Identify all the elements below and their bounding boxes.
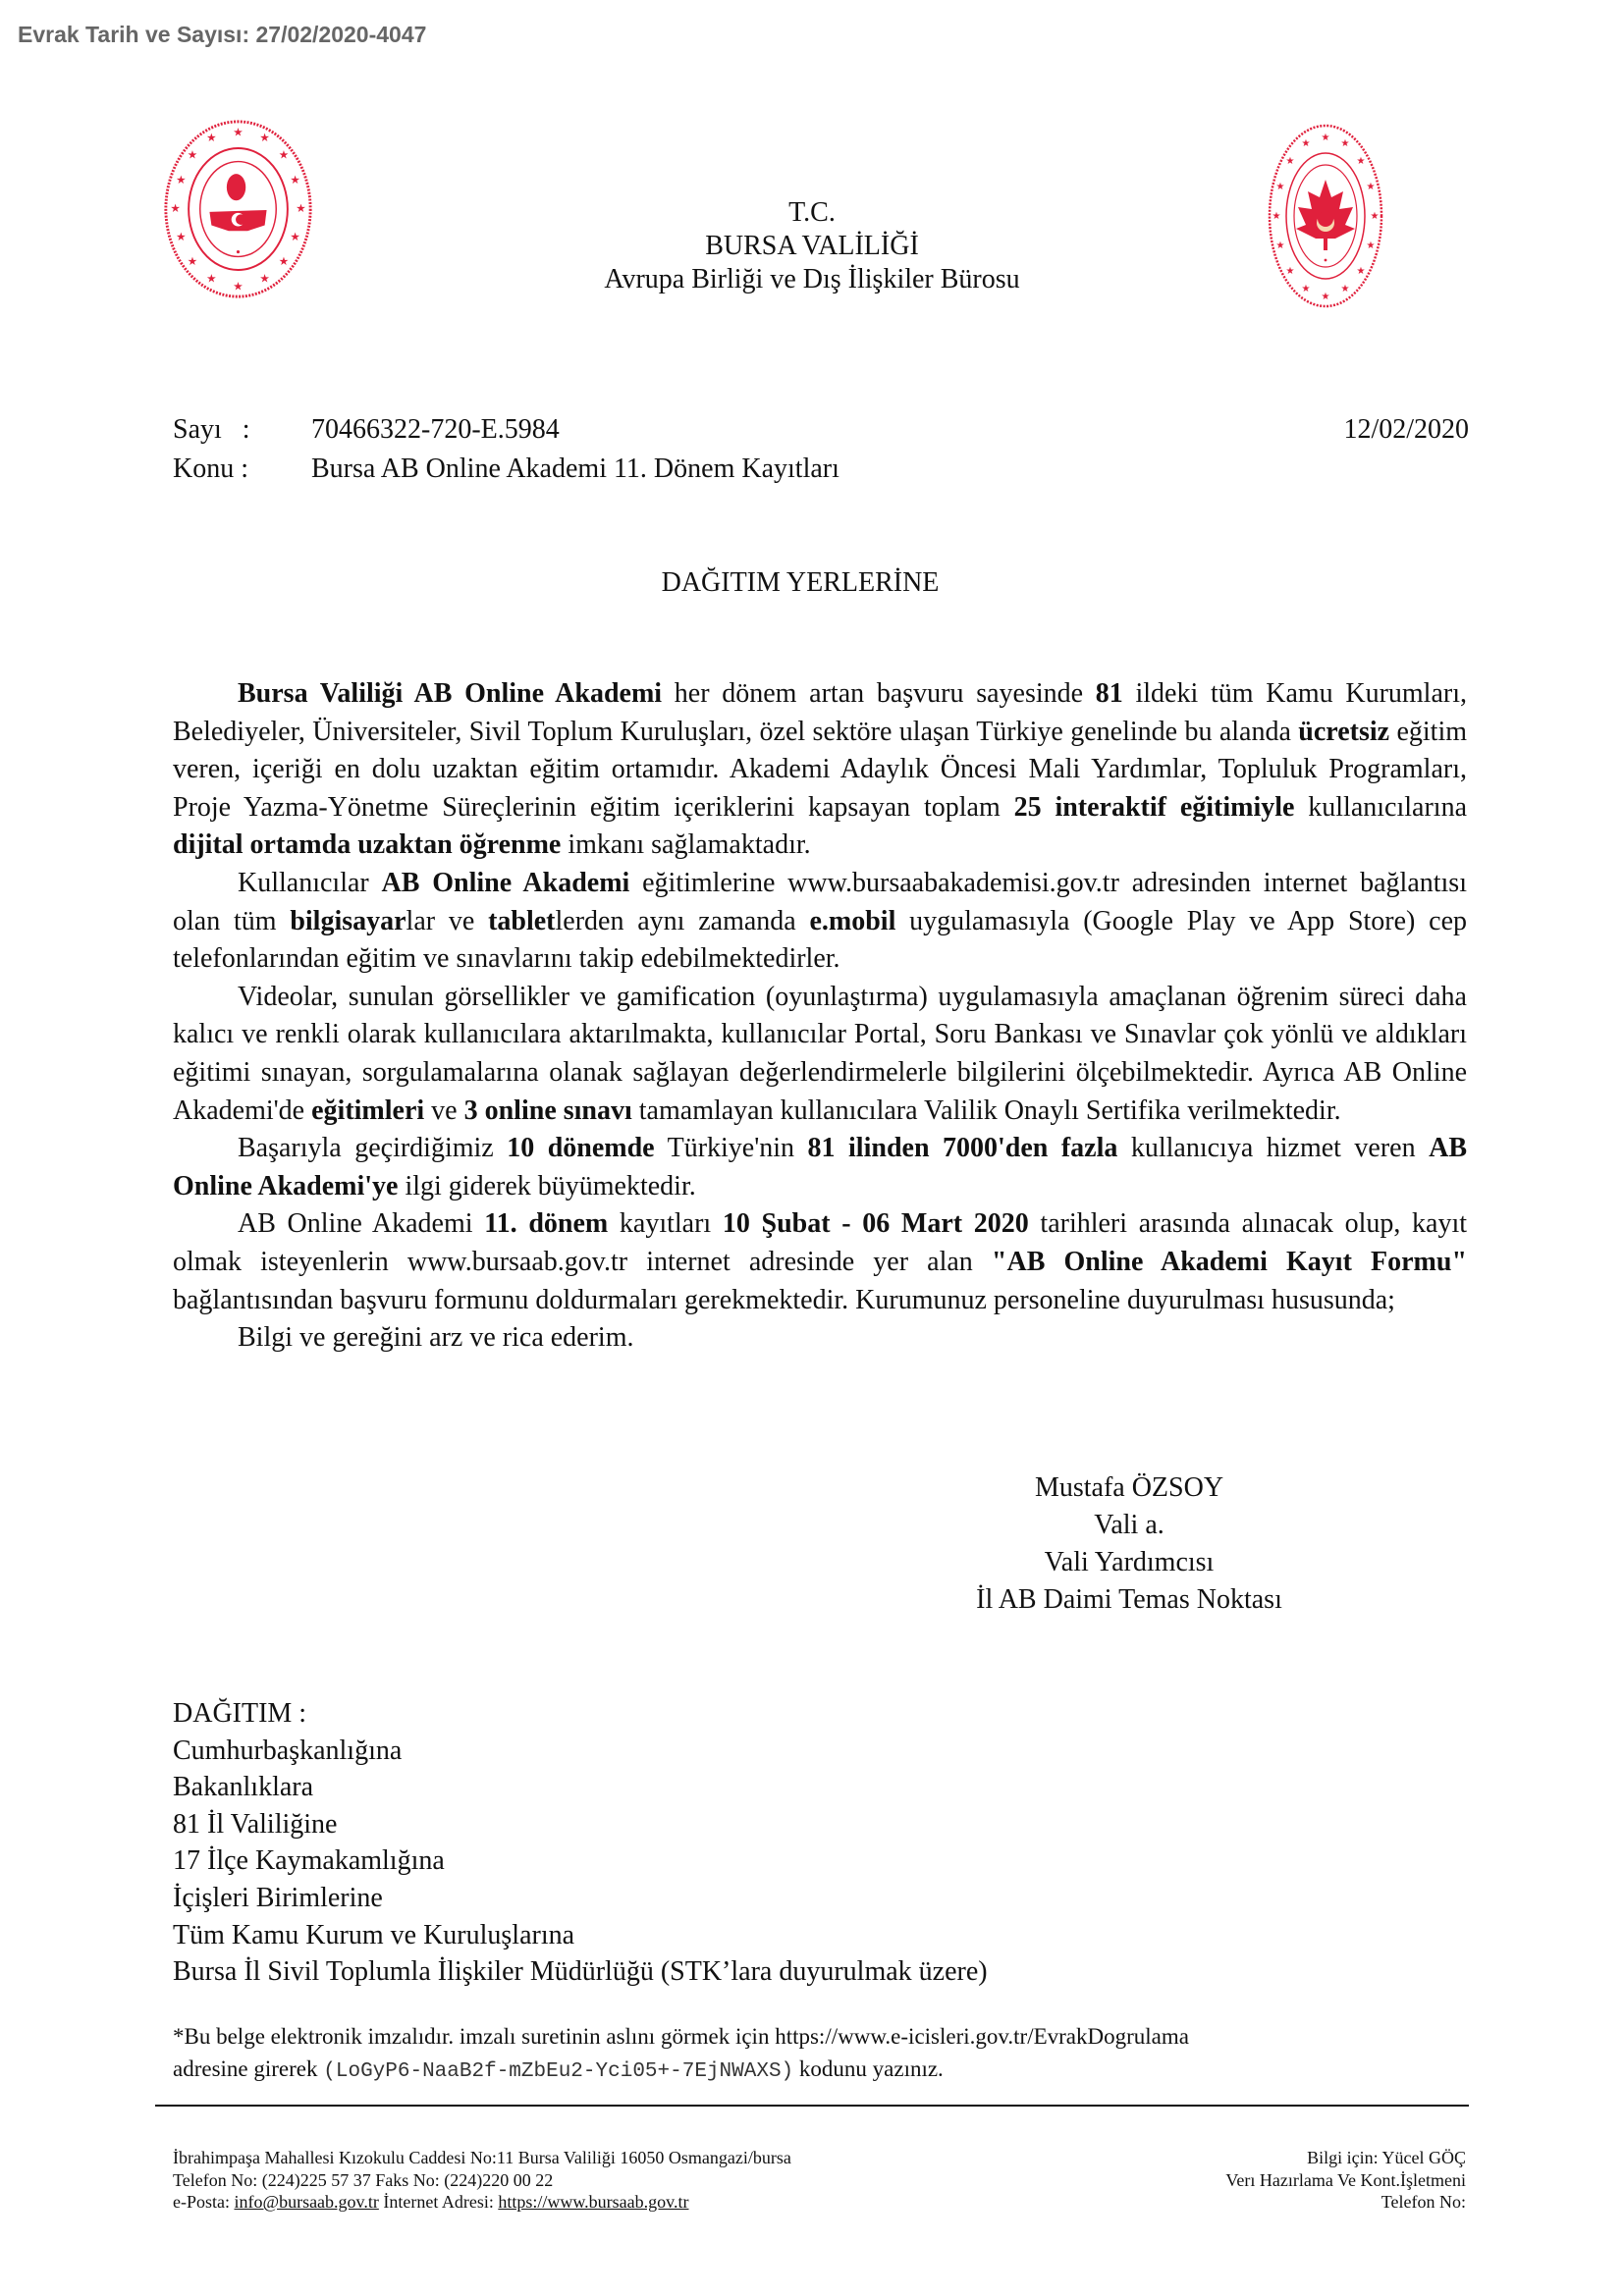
distribution-item: İçişleri Birimlerine xyxy=(173,1880,988,1917)
svg-text:★: ★ xyxy=(1286,156,1295,167)
svg-text:★: ★ xyxy=(1357,156,1366,167)
distribution-item: Cumhurbaşkanlığına xyxy=(173,1733,988,1770)
distribution-item: Bakanlıklara xyxy=(173,1769,988,1806)
konu-value: Bursa AB Online Akademi 11. Dönem Kayıtl… xyxy=(311,450,1469,489)
note-suffix: kodunu yazınız. xyxy=(793,2056,944,2081)
header-tc: T.C. xyxy=(0,196,1624,230)
footer-contact: İbrahimpaşa Mahallesi Kızokulu Caddesi N… xyxy=(173,2147,791,2214)
footer-info: Bilgi için: Yücel GÖÇ Verı Hazırlama Ve … xyxy=(1225,2147,1466,2214)
signatory-role: İl AB Daimi Temas Noktası xyxy=(884,1581,1375,1619)
note-line-1: *Bu belge elektronik imzalıdır. imzalı s… xyxy=(173,2020,1479,2053)
sayi-label: Sayı : xyxy=(173,410,311,450)
info-title: Verı Hazırlama Ve Kont.İşletmeni xyxy=(1225,2169,1466,2192)
verification-code: (LoGyP6-NaaB2f-mZbEu2-Yci05+-7EjNWAXS) xyxy=(323,2060,793,2083)
footer-address: İbrahimpaşa Mahallesi Kızokulu Caddesi N… xyxy=(173,2147,791,2169)
document-stamp: Evrak Tarih ve Sayısı: 27/02/2020-4047 xyxy=(18,22,426,48)
svg-text:★: ★ xyxy=(279,148,289,162)
signature-block: Mustafa ÖZSOY Vali a. Vali Yardımcısı İl… xyxy=(884,1469,1375,1619)
header-institution: BURSA VALİLİĞİ xyxy=(0,230,1624,263)
svg-text:★: ★ xyxy=(176,173,186,187)
svg-text:★: ★ xyxy=(188,148,197,162)
paragraph-2: Kullanıcılar AB Online Akademi eğitimler… xyxy=(173,865,1467,979)
svg-text:★: ★ xyxy=(206,131,216,144)
email-link[interactable]: info@bursaab.gov.tr xyxy=(235,2192,379,2212)
note-prefix: adresine girerek xyxy=(173,2056,323,2081)
svg-text:★: ★ xyxy=(1302,138,1311,149)
note-line-2: adresine girerek (LoGyP6-NaaB2f-mZbEu2-Y… xyxy=(173,2053,1479,2088)
letterhead: T.C. BURSA VALİLİĞİ Avrupa Birliği ve Dı… xyxy=(0,196,1624,296)
document-meta: Sayı : 70466322-720-E.5984 12/02/2020 Ko… xyxy=(173,410,1469,489)
svg-text:★: ★ xyxy=(1341,138,1350,149)
distribution-item: 81 İl Valiliğine xyxy=(173,1806,988,1843)
signatory-on-behalf: Vali a. xyxy=(884,1507,1375,1544)
signatory-title: Vali Yardımcısı xyxy=(884,1544,1375,1581)
paragraph-3: Videolar, sunulan görsellikler ve gamifi… xyxy=(173,979,1467,1130)
distribution-title: DAĞITIM : xyxy=(173,1695,988,1733)
email-label: e-Posta: xyxy=(173,2192,235,2212)
svg-text:★: ★ xyxy=(233,125,243,138)
distribution-list: DAĞITIM : Cumhurbaşkanlığına Bakanlıklar… xyxy=(173,1695,988,1991)
footer-phone: Telefon No: (224)225 57 37 Faks No: (224… xyxy=(173,2169,791,2192)
paragraph-1: Bursa Valiliği AB Online Akademi her dön… xyxy=(173,675,1467,865)
sayi-value: 70466322-720-E.5984 xyxy=(311,410,1469,450)
info-phone: Telefon No: xyxy=(1225,2191,1466,2214)
signatory-name: Mustafa ÖZSOY xyxy=(884,1469,1375,1507)
paragraph-6: Bilgi ve gereğini arz ve rica ederim. xyxy=(173,1319,1467,1358)
header-department: Avrupa Birliği ve Dış İlişkiler Bürosu xyxy=(0,263,1624,296)
addressee: DAĞITIM YERLERİNE xyxy=(0,567,1624,599)
paragraph-5: AB Online Akademi 11. dönem kayıtları 10… xyxy=(173,1205,1467,1319)
footer-divider xyxy=(155,2105,1469,2107)
distribution-item: 17 İlçe Kaymakamlığına xyxy=(173,1842,988,1880)
website-link[interactable]: https://www.bursaab.gov.tr xyxy=(498,2192,688,2212)
letter-body: Bursa Valiliği AB Online Akademi her dön… xyxy=(173,675,1467,1358)
svg-text:★: ★ xyxy=(1322,133,1330,143)
distribution-item: Bursa İl Sivil Toplumla İlişkiler Müdürl… xyxy=(173,1953,988,1991)
distribution-item: Tüm Kamu Kurum ve Kuruluşlarına xyxy=(173,1917,988,1954)
footer-links: e-Posta: info@bursaab.gov.tr İnternet Ad… xyxy=(173,2191,791,2214)
document-date: 12/02/2020 xyxy=(1343,410,1469,450)
svg-text:★: ★ xyxy=(259,131,269,144)
svg-text:★: ★ xyxy=(1367,182,1376,192)
web-label: İnternet Adresi: xyxy=(379,2192,498,2212)
konu-label: Konu : xyxy=(173,450,311,489)
info-contact: Bilgi için: Yücel GÖÇ xyxy=(1225,2147,1466,2169)
svg-text:★: ★ xyxy=(1276,182,1285,192)
paragraph-4: Başarıyla geçirdiğimiz 10 dönemde Türkiy… xyxy=(173,1130,1467,1205)
e-signature-note: *Bu belge elektronik imzalıdır. imzalı s… xyxy=(173,2020,1479,2088)
svg-text:★: ★ xyxy=(290,173,299,187)
addressee-text: DAĞITIM YERLERİNE xyxy=(662,567,940,598)
